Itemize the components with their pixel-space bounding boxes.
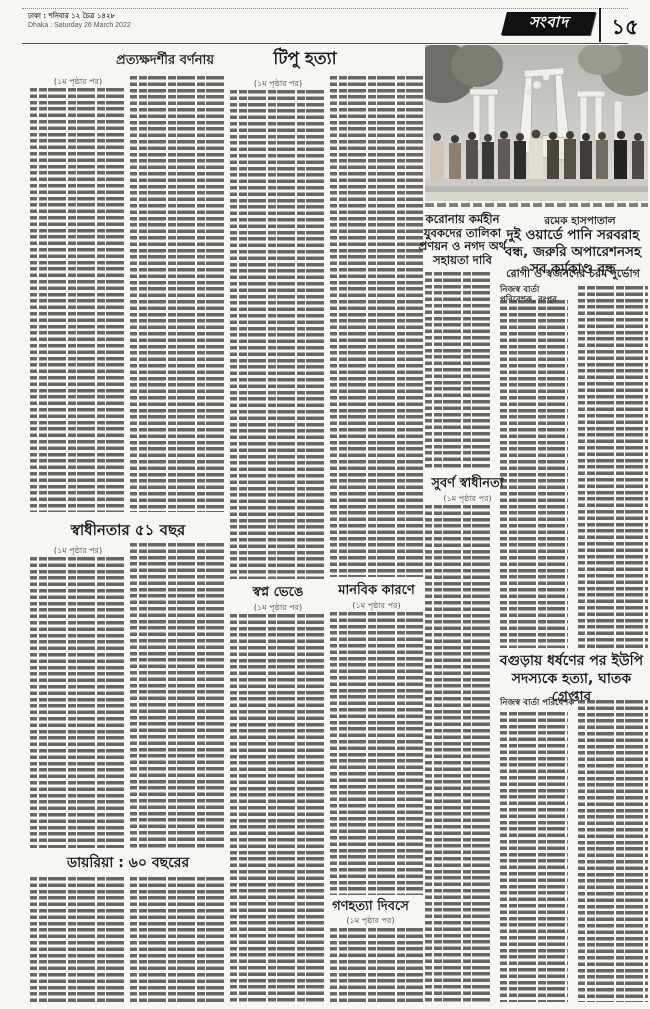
photo-caption-line bbox=[425, 203, 648, 207]
pageno-divider bbox=[599, 8, 601, 42]
page-number: ১৫ bbox=[602, 11, 648, 46]
headline-rmch-subhead: রোগী ও স্বজনদের চরম দুর্ভোগ bbox=[500, 265, 646, 284]
body-text-column bbox=[30, 877, 126, 1003]
body-text-column bbox=[230, 614, 326, 1002]
continuation-note: (১ম পৃষ্ঠার পর) bbox=[318, 915, 423, 928]
dateline-bengali: ঢাকা : শনিবার ১২ চৈত্র ১৪২৮ bbox=[28, 12, 248, 21]
byline-bogura: নিজস্ব বার্তা পরিবেশক bbox=[500, 698, 590, 708]
headline-independence-51: স্বাধীনতার ৫১ বছর bbox=[30, 519, 226, 544]
headline-dream-broken: স্বপ্ন ভেঙে bbox=[230, 583, 326, 604]
body-text-column bbox=[330, 612, 423, 895]
shaheed-minar-crowd-photo bbox=[425, 45, 648, 201]
headline-humanitarian: মানবিক কারণে bbox=[330, 581, 423, 602]
masthead-title: সংবাদ bbox=[529, 11, 569, 36]
masthead-logo: সংবাদ bbox=[501, 12, 596, 35]
body-text-column bbox=[425, 272, 490, 470]
body-text-column bbox=[425, 505, 490, 1002]
headline-tipu-kicker: প্রত্যক্ষদর্শীর বর্ণনায় bbox=[75, 51, 255, 72]
body-text-column bbox=[130, 877, 226, 1003]
body-text-column bbox=[330, 76, 423, 577]
body-text-column bbox=[578, 700, 648, 1002]
headline-diarrhoea-60: ডায়রিয়া : ৬০ বছরের bbox=[30, 851, 226, 875]
headline-golden-independence: সুবর্ণ স্বাধীনতা bbox=[420, 474, 515, 495]
news-photo-art bbox=[425, 45, 648, 201]
body-text-column bbox=[500, 712, 568, 1002]
headline-tipu: টিপু হত্যা bbox=[245, 46, 365, 74]
dateline: ঢাকা : শনিবার ১২ চৈত্র ১৪২৮ Dhaka : Satu… bbox=[28, 12, 248, 30]
header-top-rule bbox=[22, 8, 628, 9]
newspaper-page: ঢাকা : শনিবার ১২ চৈত্র ১৪২৮ Dhaka : Satu… bbox=[0, 0, 650, 1009]
body-text-column bbox=[30, 557, 126, 848]
header-bottom-rule bbox=[22, 43, 628, 44]
body-text-column bbox=[30, 88, 126, 512]
body-text-column bbox=[578, 286, 648, 648]
headline-corona-jobless: করোনায় কর্মহীন যুবকদের তালিকা প্রণয়ন ও… bbox=[415, 213, 510, 267]
body-text-column bbox=[130, 543, 226, 848]
body-text-column bbox=[130, 76, 226, 512]
body-text-column bbox=[330, 928, 423, 1002]
dateline-english: Dhaka : Saturday 26 March 2022 bbox=[28, 21, 248, 30]
body-text-column bbox=[230, 90, 326, 579]
